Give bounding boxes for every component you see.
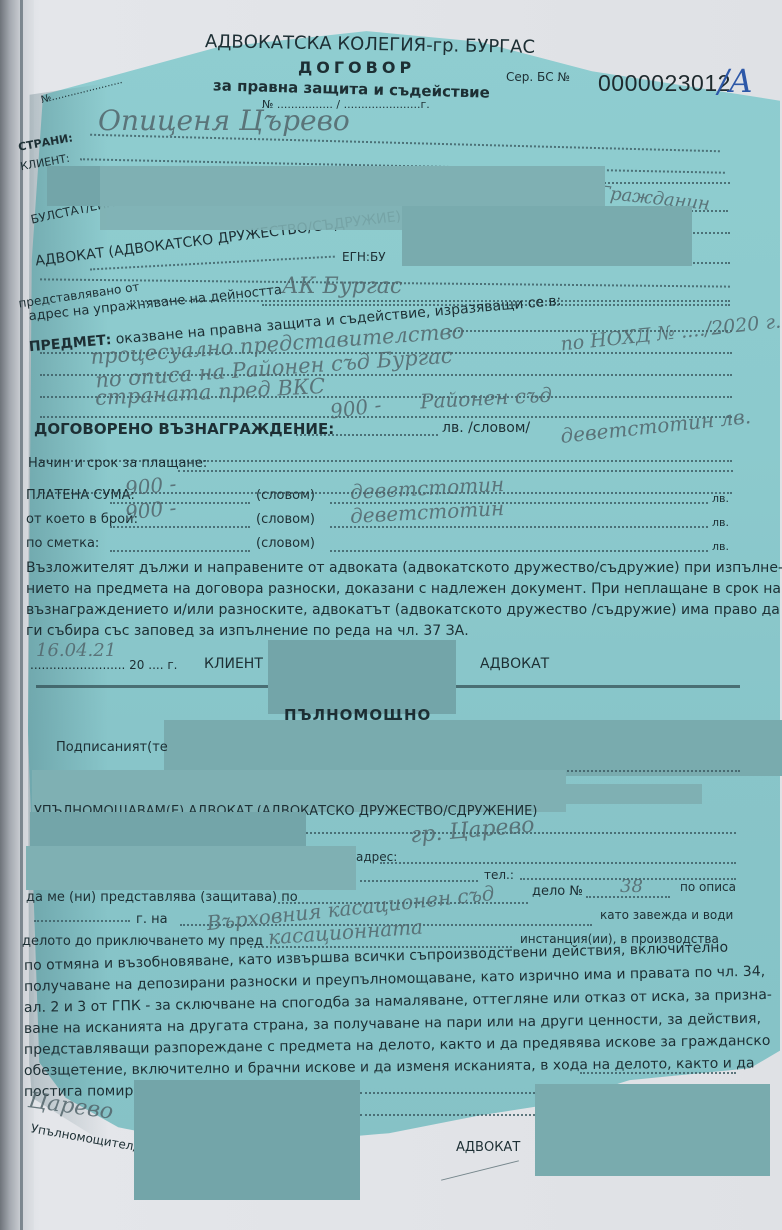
serial-handwritten-mark: /А <box>718 62 753 100</box>
redacted-block <box>560 784 702 804</box>
redacted-block <box>402 206 692 266</box>
serial-number: 0000023012 <box>598 70 731 97</box>
payment-label: от което в брой: <box>26 512 138 527</box>
dotted-line <box>330 526 708 528</box>
serial-label: Сер. БС № <box>506 70 570 84</box>
dotted-line <box>690 232 730 234</box>
label-egn: ЕГН:БУ <box>342 250 386 264</box>
payment-label: ПЛАТЕНА СУМА: <box>26 488 135 503</box>
poa-signed-label: Подписаният(те <box>56 740 168 755</box>
dotted-line <box>360 880 478 882</box>
signature-divider-left <box>36 685 268 688</box>
date-line: ......................... 20 .... г. <box>30 658 177 672</box>
binding-edge <box>20 0 23 1230</box>
label-payment-terms: Начин и срок за плащане: <box>28 456 207 471</box>
handwritten-bar: АК Бургас <box>282 274 402 299</box>
dotted-line <box>540 770 740 772</box>
payment-currency: лв. <box>712 516 729 529</box>
clause-line-4: ги събира със заповед за изпълнение по р… <box>26 621 469 642</box>
lawyer-signature-stroke <box>441 1160 519 1180</box>
dotted-line <box>178 470 733 472</box>
dotted-line <box>360 1092 535 1094</box>
poa-year-label: г. на <box>136 912 168 927</box>
dotted-line <box>580 1072 736 1074</box>
payment-currency: лв. <box>712 540 729 553</box>
redacted-block <box>47 166 101 206</box>
poa-leads-label: като завежда и води <box>600 908 733 922</box>
label-agreed-fee: ДОГОВОРЕНО ВЪЗНАГРАЖДЕНИЕ: <box>34 420 334 438</box>
payment-words-label: (словом) <box>256 488 315 503</box>
payment-currency: лв. <box>712 492 729 505</box>
payment-words-label: (словом) <box>256 536 315 551</box>
dotted-line <box>380 862 736 864</box>
clause-line-1: Възложителят дължи и направените от адво… <box>26 558 782 579</box>
poa-until-label: делото до приключването му пред <box>22 934 263 949</box>
dotted-line <box>296 434 438 436</box>
dotted-line <box>34 920 130 922</box>
client-signature-label: КЛИЕНТ <box>204 656 263 672</box>
handwritten-place: Опиценя Църево <box>98 104 350 137</box>
poa-case-number-label: дело № <box>532 884 583 899</box>
payment-label: по сметка: <box>26 536 99 551</box>
clause-line-3: възнаграждението и/или разноските, адвок… <box>26 600 780 621</box>
poa-by-register-label: по описа <box>680 880 736 894</box>
dotted-line <box>690 262 730 264</box>
redacted-block <box>26 846 356 890</box>
fee-currency-label: лв. /словом/ <box>442 420 530 436</box>
poa-phone-label: тел.: <box>484 868 514 882</box>
dotted-line <box>360 1114 535 1116</box>
signature-divider-right <box>456 685 740 688</box>
redacted-signature-block <box>134 1080 360 1200</box>
payment-words-label: (словом) <box>256 512 315 527</box>
document-title: ДОГОВОР <box>298 58 415 77</box>
redacted-block <box>100 200 410 230</box>
dotted-line <box>110 550 250 552</box>
poa-represent-label: да ме (ни) представлява (защитава) по <box>26 890 298 905</box>
dotted-line <box>110 526 250 528</box>
redacted-signature-block <box>535 1084 770 1176</box>
poa-lawyer-label: АДВОКАТ <box>456 1140 520 1155</box>
dotted-line <box>330 550 708 552</box>
redacted-block <box>164 720 782 776</box>
lawyer-signature-label: АДВОКАТ <box>480 656 549 672</box>
clause-line-2: нието на предмета на договора разноски, … <box>26 579 781 600</box>
redacted-client-name <box>268 640 456 714</box>
handwritten-case-number: 38 <box>620 876 643 897</box>
